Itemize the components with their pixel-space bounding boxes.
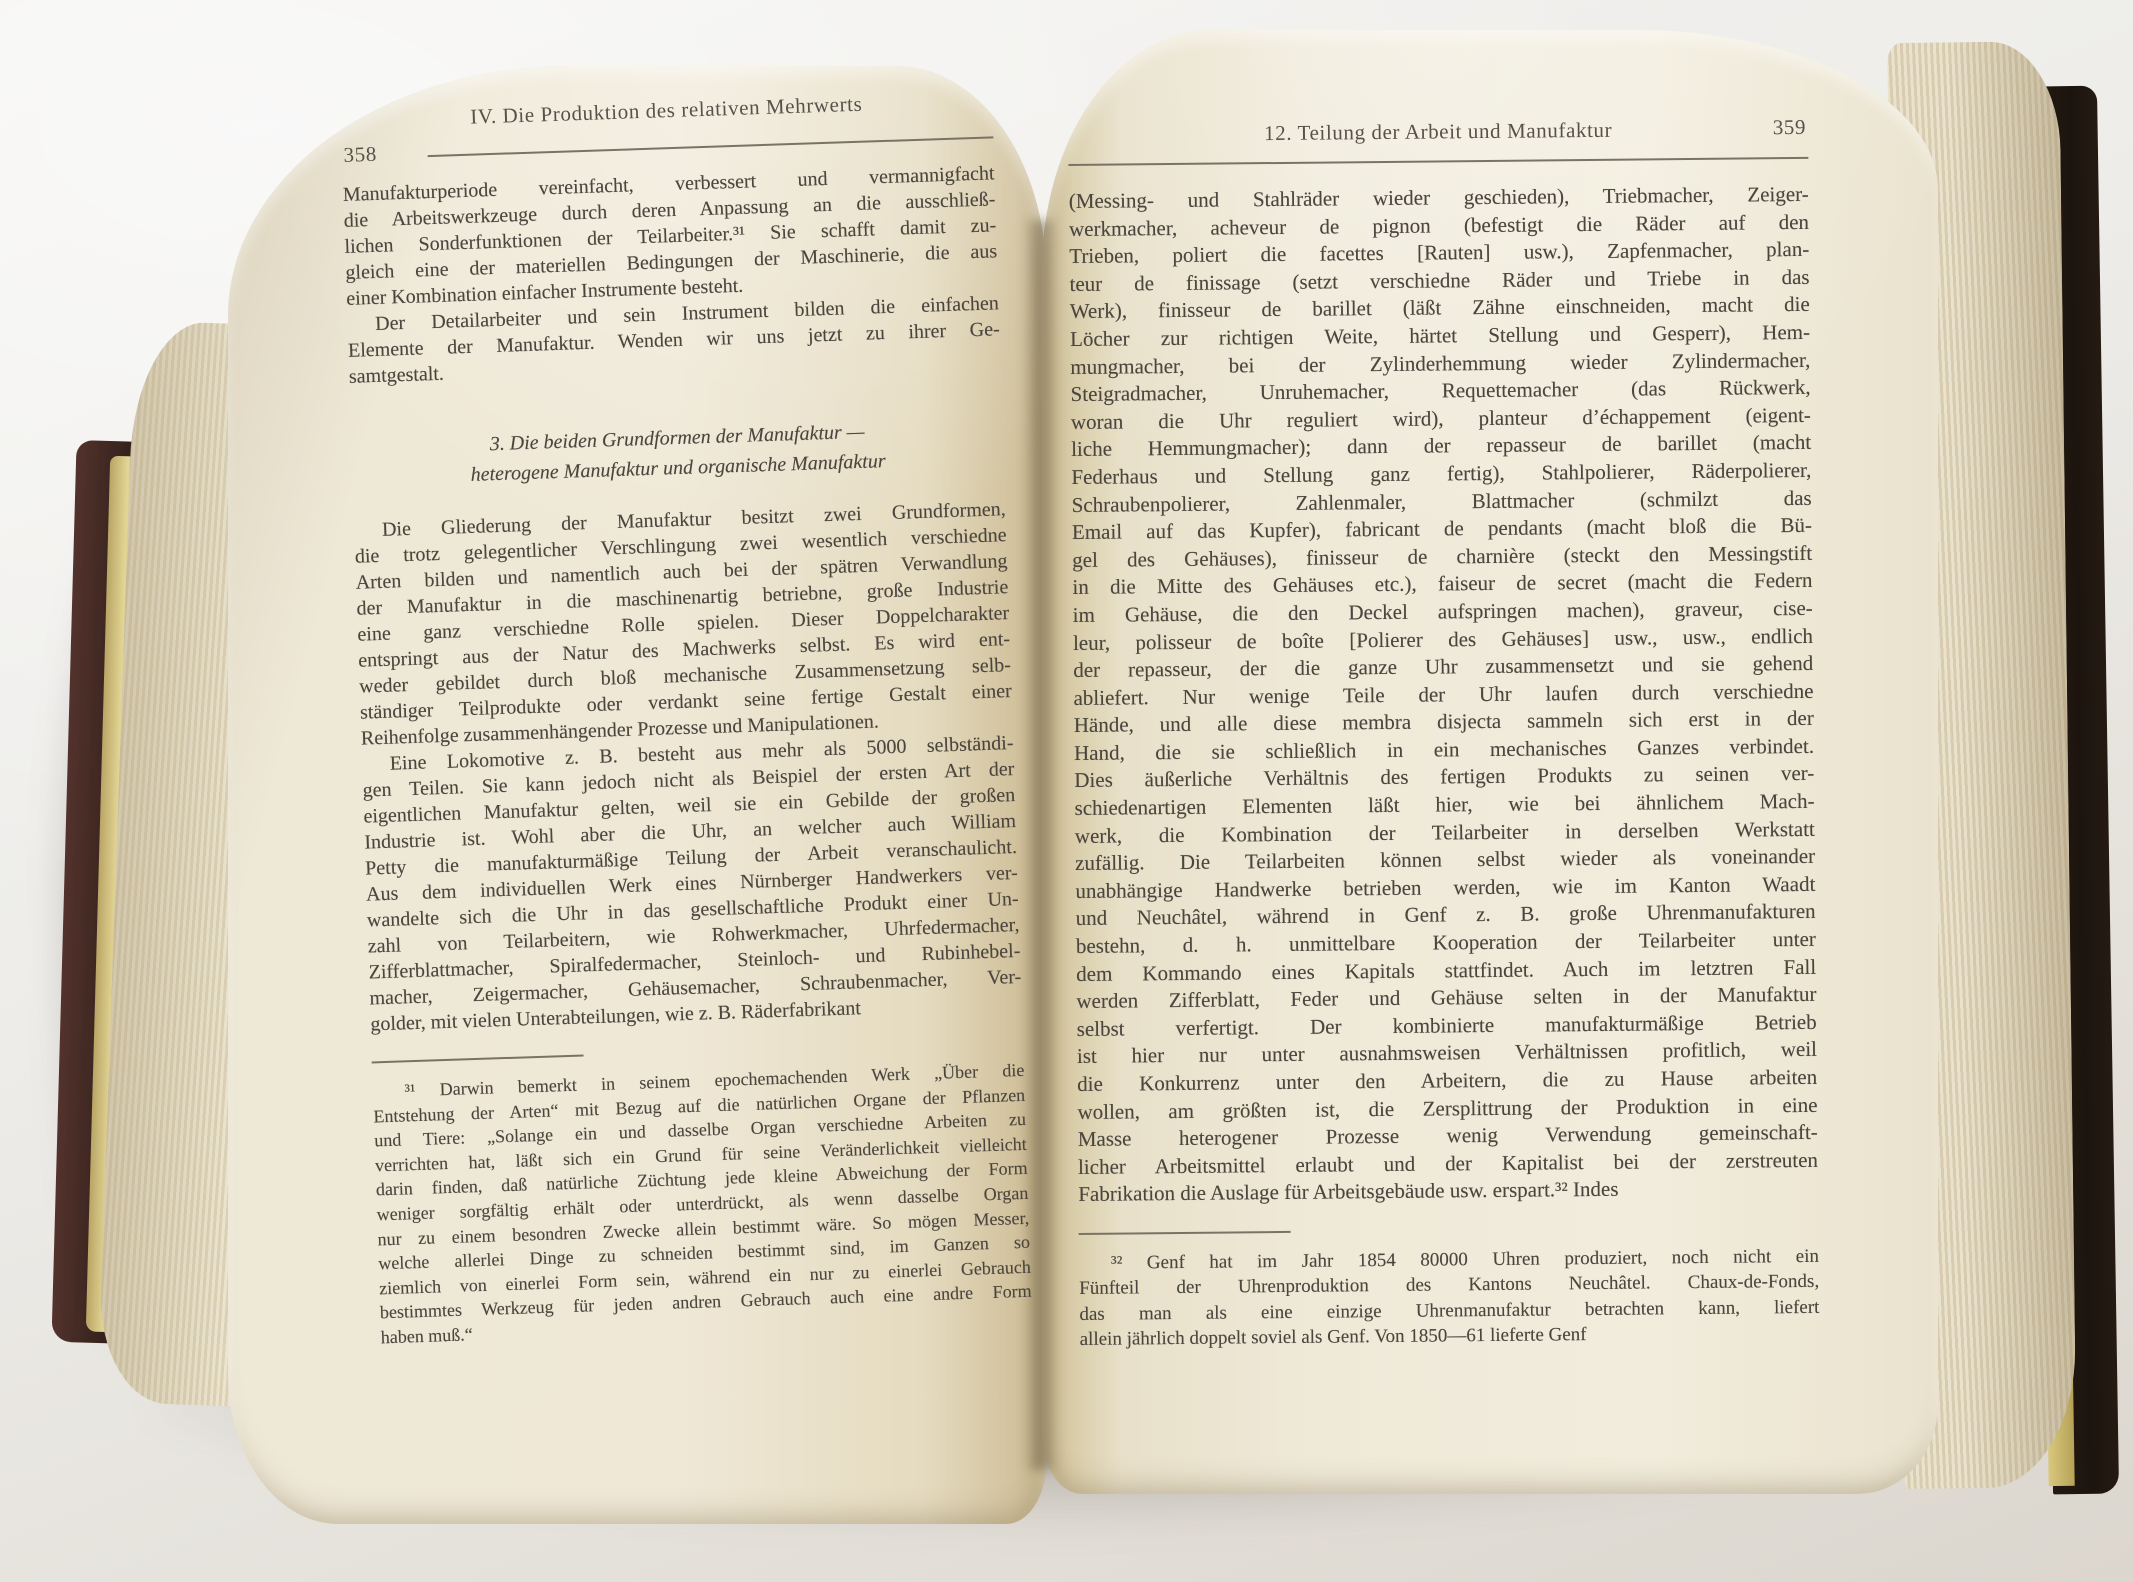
right-page-text-column: 12. Teilung der Arbeit und Manufaktur 35… bbox=[1068, 115, 1820, 1353]
section-heading: 3. Die beiden Grundformen der Manufaktur… bbox=[351, 412, 1005, 494]
footnote-separator bbox=[372, 1054, 584, 1063]
page-number: 359 bbox=[1773, 114, 1807, 140]
left-running-head-row: IV. Die Produktion des relativen Mehrwer… bbox=[340, 86, 993, 160]
header-rule bbox=[428, 136, 994, 157]
footnote-separator bbox=[1079, 1231, 1291, 1235]
paragraph: Die Gliederung der Manufaktur besitzt zw… bbox=[354, 496, 1013, 751]
right-running-head-row: 12. Teilung der Arbeit und Manufaktur 35… bbox=[1068, 115, 1808, 166]
footnote-32: ³² Genf hat im Jahr 1854 80000 Uhren pro… bbox=[1079, 1244, 1820, 1353]
text-line: Fabrikation die Auslage für Arbeitsgebäu… bbox=[1078, 1174, 1818, 1209]
page-number: 358 bbox=[343, 141, 377, 168]
left-page-text-column: IV. Die Produktion des relativen Mehrwer… bbox=[340, 86, 1033, 1349]
paragraph: Eine Lokomotive z. B. besteht aus mehr a… bbox=[361, 730, 1022, 1037]
gutter-shadow bbox=[1024, 220, 1058, 1470]
running-head: 12. Teilung der Arbeit und Manufaktur bbox=[1068, 115, 1808, 148]
left-page-body: Manufakturperiode vereinfacht, verbesser… bbox=[342, 160, 1022, 1037]
left-page: IV. Die Produktion des relativen Mehrwer… bbox=[228, 66, 1046, 1524]
running-head: IV. Die Produktion des relativen Mehrwer… bbox=[340, 86, 993, 134]
paragraph: Manufakturperiode vereinfacht, verbesser… bbox=[342, 160, 998, 312]
header-rule bbox=[1068, 157, 1808, 166]
footnote-31: ³¹ Darwin bemerkt in seinem epochemachen… bbox=[372, 1058, 1033, 1350]
paragraph: (Messing- und Stahlräder wieder geschied… bbox=[1069, 181, 1819, 1209]
right-page-body: (Messing- und Stahlräder wieder geschied… bbox=[1069, 181, 1819, 1209]
book: IV. Die Produktion des relativen Mehrwer… bbox=[0, 0, 2133, 1582]
right-page: 12. Teilung der Arbeit und Manufaktur 35… bbox=[1042, 30, 1938, 1494]
photo-background: IV. Die Produktion des relativen Mehrwer… bbox=[0, 0, 2133, 1582]
